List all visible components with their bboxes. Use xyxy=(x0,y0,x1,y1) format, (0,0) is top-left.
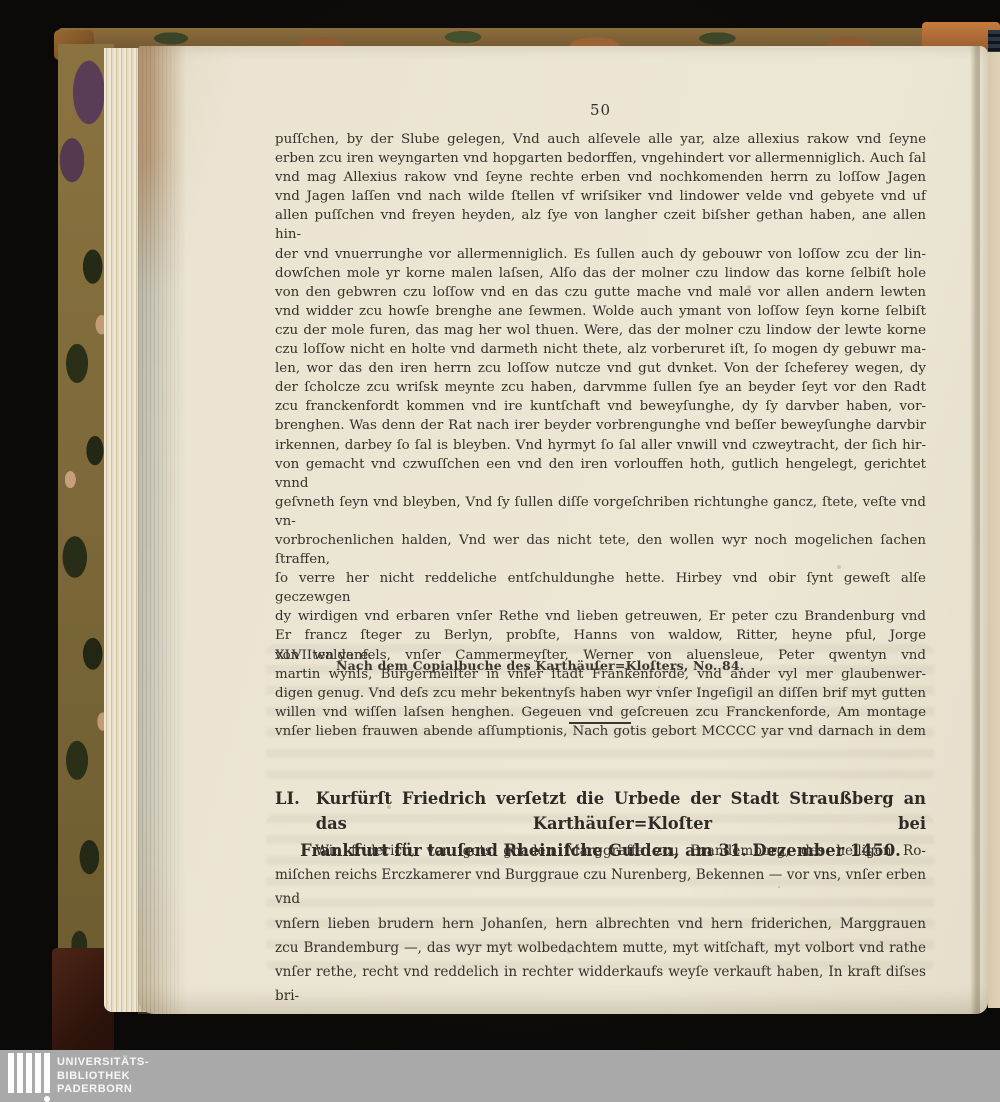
logo-bar-icon xyxy=(35,1053,41,1093)
section-heading-text: Kurfürſt Friedrich verſetzt die Urbede d… xyxy=(316,786,926,836)
book-page: 50 puſſchen, by der Slube gelegen, Vnd a… xyxy=(138,46,988,1014)
logo-bar-icon xyxy=(17,1053,23,1093)
library-logo-bars-icon xyxy=(8,1053,54,1099)
section-numeral: LI. xyxy=(275,786,300,836)
logo-bar-icon xyxy=(44,1053,50,1093)
source-note: Nach dem Copialbuche des Karthäuſer=Kloſ… xyxy=(336,658,744,673)
viewer-watermark-band: UNIVERSITÄTS- BIBLIOTHEK PADERBORN xyxy=(0,1050,1000,1102)
library-name-line: UNIVERSITÄTS- xyxy=(57,1056,149,1070)
section-divider xyxy=(569,722,631,724)
scanned-book-photo: 50 puſſchen, by der Slube gelegen, Vnd a… xyxy=(0,0,1000,1102)
logo-exclamation-dot-icon xyxy=(44,1096,50,1102)
library-name: UNIVERSITÄTS- BIBLIOTHEK PADERBORN xyxy=(57,1056,149,1097)
document-paragraph-2: Wir friderich, von gots gnaden Marggraff… xyxy=(275,839,926,1008)
facing-page-edge xyxy=(988,52,1000,1008)
page-number: 50 xyxy=(275,101,926,119)
section-heading-line1: LI. Kurfürſt Friedrich verſetzt die Urbe… xyxy=(275,786,926,836)
library-name-line: BIBLIOTHEK xyxy=(57,1070,149,1084)
logo-bar-icon xyxy=(8,1053,14,1093)
library-name-line: PADERBORN xyxy=(57,1083,149,1097)
logo-bar-icon xyxy=(26,1053,32,1093)
page-content: 50 puſſchen, by der Slube gelegen, Vnd a… xyxy=(138,46,988,1014)
